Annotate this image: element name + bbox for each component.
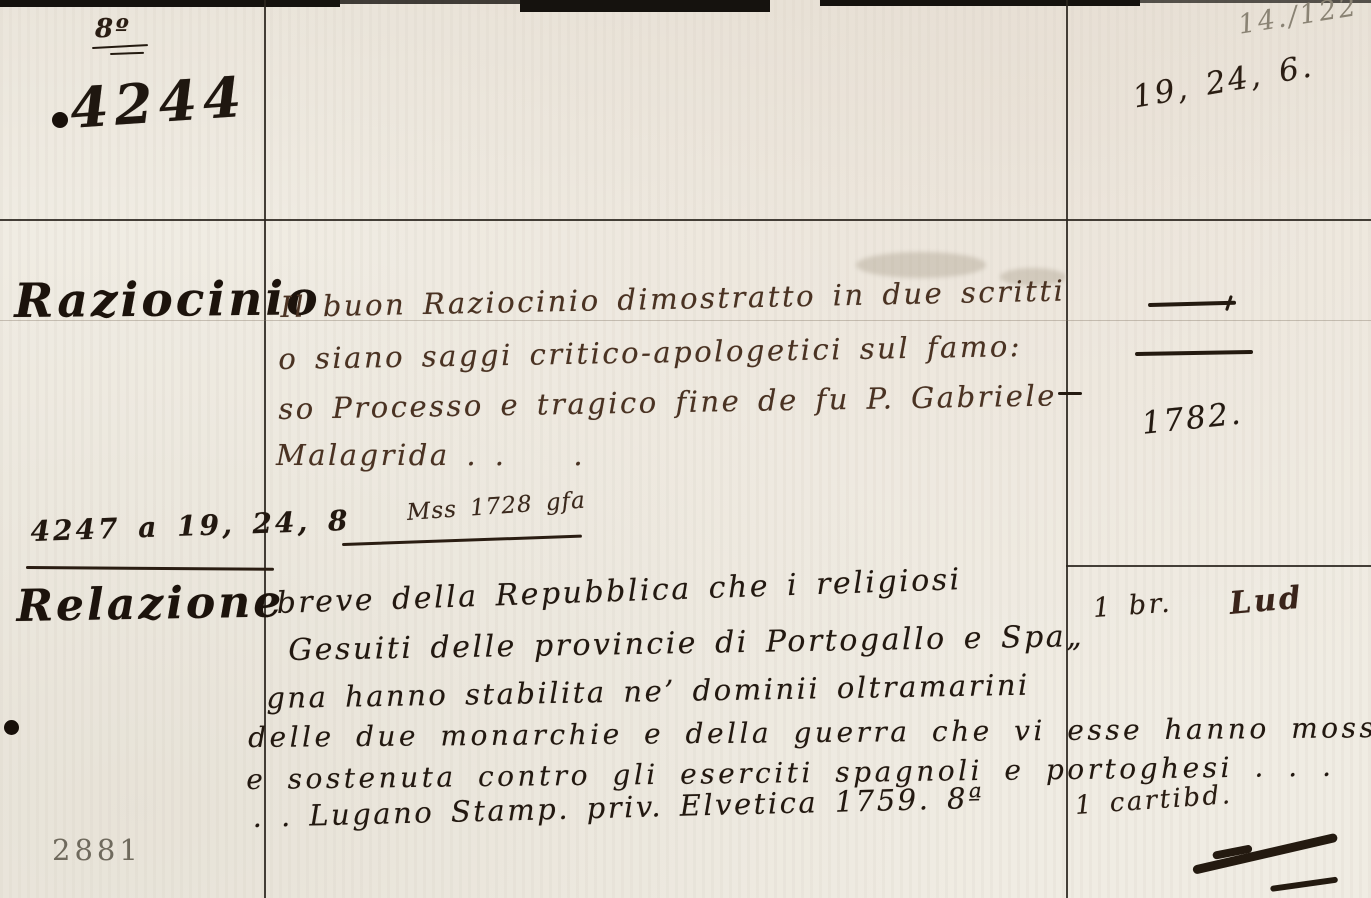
- binding-note: 1 cartibd.: [1074, 780, 1233, 821]
- horizontal-rule-right-segment: [1066, 565, 1371, 567]
- format-underline: [92, 44, 148, 49]
- horizontal-rule-top: [0, 219, 1371, 221]
- entry2-line-2: Gesuiti delle provincie di Portogallo e …: [288, 619, 1084, 668]
- tick-mark: [1058, 392, 1082, 395]
- scan-edge-segment: [820, 0, 1140, 6]
- entry1-line-1: Il buon Raziocinio dimostratto in due sc…: [280, 274, 1066, 324]
- publication-year: 1782.: [1140, 395, 1244, 441]
- cross-reference-underline: [26, 566, 274, 571]
- catalog-card-scan: 8º 4244 14./122 19, 24, 6. Raziocinio Il…: [0, 0, 1371, 898]
- cross-reference: 4247 a 19, 24, 8: [30, 504, 351, 548]
- entry2-line-4: delle due monarchie e della guerra che v…: [248, 711, 1371, 754]
- entry2-line-3: gna hanno stabilita ne’ dominii oltramar…: [266, 668, 1030, 715]
- pencil-folio-number: 14./122: [1236, 0, 1360, 41]
- copy-note: 1 br.: [1092, 587, 1173, 623]
- entry1-heading: Raziocinio: [14, 271, 321, 329]
- entry2-heading: Relazione: [16, 576, 285, 632]
- ditto-mark: [1135, 350, 1253, 356]
- catalog-number: 4244: [68, 64, 249, 141]
- format-underline: [110, 52, 144, 55]
- pencil-accession-number: 2881: [52, 833, 142, 867]
- scan-edge-segment: [0, 0, 340, 7]
- scan-edge-segment: [340, 0, 520, 4]
- small-ink-note: Mss 1728 gfa: [406, 487, 587, 525]
- bleedthrough-mark: [856, 252, 986, 278]
- flourish-stroke: [1270, 877, 1338, 892]
- margin-ink-dot: [4, 720, 19, 735]
- ink-blot: [52, 112, 68, 128]
- entry1-line-2: o siano saggi critico-apologetici sul fa…: [278, 329, 1022, 376]
- owner-note: Lud: [1228, 580, 1304, 622]
- shelfmark: 19, 24, 6.: [1130, 48, 1316, 115]
- entry2-line-1: breve della Repubblica che i religiosi: [276, 562, 962, 621]
- entry1-line-3: so Processo e tragico fine de fu P. Gabr…: [278, 378, 1057, 426]
- scan-edge-segment: [520, 0, 770, 12]
- format-note: 8º: [95, 14, 131, 44]
- ditto-mark: [1148, 301, 1236, 307]
- entry1-line-4: Malagrida . . .: [276, 438, 585, 472]
- cross-reference-flourish: [342, 535, 582, 546]
